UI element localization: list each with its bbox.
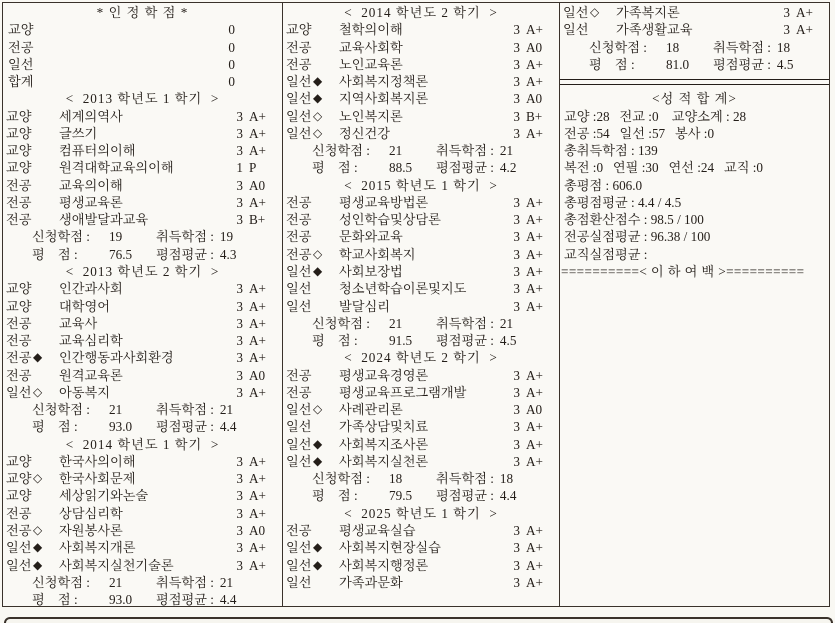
course-name: 평생교육론	[59, 194, 229, 211]
credit-value: 0	[228, 21, 279, 38]
course-marker-icon: ◇	[33, 470, 59, 487]
course-name: 대학영어	[59, 298, 229, 315]
course-credit: 3	[776, 21, 790, 38]
course-credit: 3	[506, 194, 520, 211]
grade-summary-line: 전공실점평균 : 96.38 / 100	[560, 228, 829, 245]
semester-header: < 2014 학년도 2 학기 >	[283, 4, 559, 21]
course-credit: 3	[776, 4, 790, 21]
course-name: 노인교육론	[339, 56, 506, 73]
course-credit: 3	[506, 56, 520, 73]
course-category: 교양	[6, 108, 33, 125]
course-name: 사회복지행정론	[339, 557, 506, 574]
course-category: 일선	[563, 21, 590, 38]
semester-header: < 2013 학년도 2 학기 >	[3, 263, 282, 280]
course-category: 교양	[6, 453, 33, 470]
course-category: 교양	[286, 21, 313, 38]
course-category: 교양	[6, 142, 33, 159]
course-marker-icon: ◇	[313, 246, 339, 263]
course-marker-icon: ◇	[33, 522, 59, 539]
course-row: 일선◆사회복지조사론3A+	[283, 436, 559, 453]
total-value-left: 21	[109, 401, 156, 418]
grade-summary-line: 총평점평균 : 4.4 / 4.5	[560, 194, 829, 211]
course-name: 지역사회복지론	[339, 90, 506, 107]
course-grade: B+	[249, 211, 275, 228]
course-row: 전공원격교육론3A0	[3, 367, 282, 384]
course-category: 일선	[286, 574, 313, 591]
total-label-left: 신청학점 :	[589, 39, 666, 56]
course-credit: 3	[229, 332, 243, 349]
total-label-left: 신청학점 :	[32, 401, 109, 418]
course-grade: A+	[249, 298, 275, 315]
course-row: 전공교육사3A+	[3, 315, 282, 332]
course-row: 일선◆사회복지개론3A+	[3, 539, 282, 556]
course-row: 전공평생교육론3A+	[3, 194, 282, 211]
course-grade: A+	[526, 56, 552, 73]
credit-value: 0	[228, 56, 279, 73]
course-row: 전공평생교육프로그램개발3A+	[283, 384, 559, 401]
course-credit: 3	[506, 539, 520, 556]
course-category: 일선	[286, 108, 313, 125]
course-name: 컴퓨터의이해	[59, 142, 229, 159]
course-grade: A+	[526, 418, 552, 435]
course-grade: A+	[526, 436, 552, 453]
course-credit: 3	[506, 367, 520, 384]
course-row: 전공교육의이해3A0	[3, 177, 282, 194]
course-marker-icon: ◇	[313, 108, 339, 125]
course-marker-icon: ◆	[33, 349, 59, 366]
transcript-column-2: < 2014 학년도 2 학기 >교양철학의이해3A+전공교육사회학3A0전공노…	[283, 3, 560, 606]
course-credit: 3	[506, 453, 520, 470]
total-value-right: 21	[500, 142, 513, 159]
total-label-right: 평점평균 :	[436, 332, 494, 349]
course-row: 전공생애발달과교육3B+	[3, 211, 282, 228]
course-name: 사례관리론	[339, 401, 506, 418]
credit-type-label: 일선	[6, 56, 33, 73]
course-category: 전공	[6, 177, 33, 194]
course-category: 일선	[6, 384, 33, 401]
course-category: 일선	[286, 453, 313, 470]
course-name: 생애발달과교육	[59, 211, 229, 228]
course-row: 일선◇가족복지론3A+	[560, 4, 829, 21]
total-label-right: 취득학점 :	[713, 39, 771, 56]
course-row: 전공교육사회학3A0	[283, 39, 559, 56]
course-credit: 3	[506, 228, 520, 245]
course-name: 철학의이해	[339, 21, 506, 38]
grade-summary-text: 교직실점평균 :	[564, 246, 647, 263]
course-grade: A+	[526, 367, 552, 384]
course-credit: 3	[506, 574, 520, 591]
grade-summary-line: 총평점 : 606.0	[560, 177, 829, 194]
course-row: 교양세상읽기와논술3A+	[3, 487, 282, 504]
transcript-column-1: * 인 정 학 점 *교양0전공0일선0합계0< 2013 학년도 1 학기 >…	[3, 3, 283, 606]
course-grade: A+	[249, 280, 275, 297]
grade-summary-text: 총점환산점수 : 98.5 / 100	[564, 211, 704, 228]
total-value-right: 21	[220, 401, 233, 418]
course-grade: A+	[526, 125, 552, 142]
total-label-right: 취득학점 :	[436, 470, 494, 487]
course-credit: 3	[506, 384, 520, 401]
course-credit: 3	[506, 401, 520, 418]
course-credit: 3	[506, 90, 520, 107]
filler-line: ==========< 이 하 여 백 >==========	[560, 263, 829, 280]
course-row: 교양한국사의이해3A+	[3, 453, 282, 470]
course-category: 일선	[563, 4, 590, 21]
total-value-left: 76.5	[109, 246, 156, 263]
course-category: 교양	[6, 487, 33, 504]
course-grade: A+	[526, 280, 552, 297]
credit-value: 0	[228, 39, 279, 56]
course-credit: 3	[229, 298, 243, 315]
transcript-column-3: 일선◇가족복지론3A+일선가족생활교육3A+신청학점 :18취득학점 :18평 …	[560, 3, 829, 606]
course-grade: A+	[526, 21, 552, 38]
semester-total-row: 평 점 :79.5평점평균 :4.4	[283, 487, 559, 504]
course-credit: 3	[229, 280, 243, 297]
course-grade: A0	[526, 401, 552, 418]
course-name: 교육의이해	[59, 177, 229, 194]
course-category: 전공	[6, 332, 33, 349]
total-value-left: 18	[666, 39, 713, 56]
grade-summary-line: 교직실점평균 :	[560, 246, 829, 263]
semester-total-row: 평 점 :76.5평점평균 :4.3	[3, 246, 282, 263]
course-credit: 3	[506, 39, 520, 56]
course-name: 가족상담및치료	[339, 418, 506, 435]
semester-header-text: < 2014 학년도 2 학기 >	[344, 4, 498, 21]
course-grade: A0	[249, 367, 275, 384]
course-category: 일선	[286, 298, 313, 315]
course-category: 전공	[6, 349, 33, 366]
course-name: 세상읽기와논술	[59, 487, 229, 504]
course-category: 전공	[286, 522, 313, 539]
course-category: 전공	[286, 246, 313, 263]
course-credit: 3	[506, 298, 520, 315]
total-label-right: 평점평균 :	[436, 159, 494, 176]
double-rule-line	[560, 79, 829, 85]
total-value-left: 93.0	[109, 418, 156, 435]
course-grade: A+	[249, 315, 275, 332]
course-name: 문화와교육	[339, 228, 506, 245]
semester-header-text: < 2013 학년도 1 학기 >	[66, 90, 220, 107]
course-row: 일선◆사회복지현장실습3A+	[283, 539, 559, 556]
grade-summary-text: 총평점 : 606.0	[564, 177, 642, 194]
course-credit: 3	[506, 211, 520, 228]
course-name: 사회복지현장실습	[339, 539, 506, 556]
recognized-credit-row: 합계0	[3, 73, 282, 90]
total-label-left: 평 점 :	[312, 332, 389, 349]
course-credit: 3	[506, 522, 520, 539]
course-name: 발달심리	[339, 298, 506, 315]
semester-total-row: 평 점 :91.5평점평균 :4.5	[283, 332, 559, 349]
course-name: 자원봉사론	[59, 522, 229, 539]
course-grade: P	[249, 159, 275, 176]
section-title-text: <성 적 합 계>	[652, 90, 737, 107]
course-credit: 3	[229, 194, 243, 211]
course-name: 평생교육실습	[339, 522, 506, 539]
course-grade: A+	[796, 21, 822, 38]
course-marker-icon: ◆	[33, 557, 59, 574]
course-name: 사회복지실천론	[339, 453, 506, 470]
course-marker-icon: ◇	[590, 4, 616, 21]
course-grade: A0	[526, 90, 552, 107]
course-grade: A+	[526, 557, 552, 574]
course-row: 일선가족과문화3A+	[283, 574, 559, 591]
course-marker-icon: ◆	[313, 453, 339, 470]
course-credit: 3	[229, 557, 243, 574]
recognized-credit-row: 교양0	[3, 21, 282, 38]
semester-header: < 2024 학년도 2 학기 >	[283, 349, 559, 366]
course-name: 한국사회문제	[59, 470, 229, 487]
course-name: 세계의역사	[59, 108, 229, 125]
section-title-text: * 인 정 학 점 *	[97, 4, 189, 21]
total-label-left: 평 점 :	[312, 487, 389, 504]
course-credit: 3	[506, 21, 520, 38]
course-row: 일선발달심리3A+	[283, 298, 559, 315]
course-category: 일선	[6, 539, 33, 556]
total-label-left: 신청학점 :	[312, 315, 389, 332]
course-category: 일선	[286, 557, 313, 574]
total-value-left: 91.5	[389, 332, 436, 349]
course-credit: 3	[229, 367, 243, 384]
total-label-left: 신청학점 :	[32, 228, 109, 245]
course-grade: A+	[249, 539, 275, 556]
course-credit: 3	[506, 436, 520, 453]
course-name: 사회보장법	[339, 263, 506, 280]
course-row: 전공성인학습및상담론3A+	[283, 211, 559, 228]
course-grade: A+	[526, 539, 552, 556]
course-row: 전공문화와교육3A+	[283, 228, 559, 245]
semester-total-row: 신청학점 :19취득학점 :19	[3, 228, 282, 245]
course-name: 가족생활교육	[616, 21, 776, 38]
course-row: 일선가족생활교육3A+	[560, 21, 829, 38]
course-category: 교양	[6, 280, 33, 297]
semester-header-text: < 2024 학년도 2 학기 >	[344, 349, 498, 366]
semester-total-row: 신청학점 :21취득학점 :21	[3, 401, 282, 418]
course-category: 일선	[286, 73, 313, 90]
course-credit: 3	[229, 125, 243, 142]
course-name: 원격대학교육의이해	[59, 159, 229, 176]
course-row: 교양인간과사회3A+	[3, 280, 282, 297]
course-category: 교양	[6, 159, 33, 176]
course-marker-icon: ◆	[313, 436, 339, 453]
course-row: 전공노인교육론3A+	[283, 56, 559, 73]
course-name: 한국사의이해	[59, 453, 229, 470]
grade-summary-text: 복전 :0 연필 :30 연선 :24 교직 :0	[564, 159, 763, 176]
total-value-right: 4.4	[220, 591, 236, 606]
semester-total-row: 신청학점 :21취득학점 :21	[283, 142, 559, 159]
course-marker-icon: ◆	[313, 73, 339, 90]
course-grade: A+	[249, 332, 275, 349]
grade-summary-line: 총취득학점 : 139	[560, 142, 829, 159]
semester-total-row: 평 점 :93.0평점평균 :4.4	[3, 418, 282, 435]
course-category: 전공	[286, 211, 313, 228]
course-row: 교양대학영어3A+	[3, 298, 282, 315]
semester-header: < 2015 학년도 1 학기 >	[283, 177, 559, 194]
course-category: 교양	[6, 125, 33, 142]
course-name: 평생교육경영론	[339, 367, 506, 384]
course-category: 일선	[286, 263, 313, 280]
total-value-left: 93.0	[109, 591, 156, 606]
course-row: 일선청소년학습이론및지도3A+	[283, 280, 559, 297]
total-value-left: 18	[389, 470, 436, 487]
course-row: 교양철학의이해3A+	[283, 21, 559, 38]
course-credit: 3	[229, 487, 243, 504]
semester-total-row: 평 점 :88.5평점평균 :4.2	[283, 159, 559, 176]
course-grade: A+	[249, 453, 275, 470]
course-name: 사회복지정책론	[339, 73, 506, 90]
total-label-left: 평 점 :	[32, 246, 109, 263]
course-row: 일선◆사회보장법3A+	[283, 263, 559, 280]
total-value-right: 4.5	[500, 332, 516, 349]
total-value-right: 21	[500, 315, 513, 332]
credit-type-label: 합계	[6, 73, 33, 90]
course-grade: A+	[249, 487, 275, 504]
semester-header-text: < 2014 학년도 1 학기 >	[66, 436, 220, 453]
total-label-right: 평점평균 :	[436, 487, 494, 504]
course-marker-icon: ◆	[33, 539, 59, 556]
grade-summary-text: 총취득학점 : 139	[564, 142, 658, 159]
total-label-left: 평 점 :	[589, 56, 666, 73]
course-grade: B+	[526, 108, 552, 125]
grade-summary-text: 교양 :28 전교 :0 교양소계 : 28	[564, 108, 746, 125]
total-value-right: 21	[220, 574, 233, 591]
course-category: 전공	[6, 522, 33, 539]
grade-summary-text: 전공 :54 일선 :57 봉사 :0	[564, 125, 714, 142]
course-category: 일선	[286, 539, 313, 556]
course-category: 교양	[6, 470, 33, 487]
course-category: 전공	[286, 56, 313, 73]
course-name: 가족복지론	[616, 4, 776, 21]
course-name: 인간행동과사회환경	[59, 349, 229, 366]
semester-total-row: 평 점 :81.0평점평균 :4.5	[560, 56, 829, 73]
course-row: 전공◆인간행동과사회환경3A+	[3, 349, 282, 366]
course-row: 일선◆사회복지실천론3A+	[283, 453, 559, 470]
next-section-box-edge	[4, 617, 833, 623]
total-label-left: 평 점 :	[312, 159, 389, 176]
course-row: 교양컴퓨터의이해3A+	[3, 142, 282, 159]
course-credit: 3	[229, 211, 243, 228]
course-category: 일선	[286, 401, 313, 418]
course-category: 일선	[286, 436, 313, 453]
course-grade: A+	[249, 194, 275, 211]
course-grade: A0	[249, 177, 275, 194]
semester-total-row: 신청학점 :18취득학점 :18	[283, 470, 559, 487]
course-row: 전공교육심리학3A+	[3, 332, 282, 349]
course-credit: 3	[229, 384, 243, 401]
section-title: <성 적 합 계>	[560, 90, 829, 107]
credit-value: 0	[228, 73, 279, 90]
course-row: 전공평생교육경영론3A+	[283, 367, 559, 384]
recognized-credit-row: 전공0	[3, 39, 282, 56]
recognized-credit-row: 일선0	[3, 56, 282, 73]
course-category: 전공	[286, 194, 313, 211]
course-credit: 3	[506, 263, 520, 280]
grade-summary-text: 총평점평균 : 4.4 / 4.5	[564, 194, 681, 211]
course-name: 사회복지조사론	[339, 436, 506, 453]
total-value-right: 4.4	[500, 487, 516, 504]
course-grade: A0	[526, 39, 552, 56]
course-category: 전공	[286, 39, 313, 56]
course-grade: A+	[526, 574, 552, 591]
course-category: 일선	[286, 90, 313, 107]
semester-header-text: < 2013 학년도 2 학기 >	[66, 263, 220, 280]
course-row: 일선◆사회복지행정론3A+	[283, 557, 559, 574]
course-name: 평생교육프로그램개발	[339, 384, 506, 401]
course-grade: A+	[249, 384, 275, 401]
course-grade: A+	[526, 73, 552, 90]
course-category: 전공	[6, 194, 33, 211]
credit-type-label: 교양	[6, 21, 33, 38]
course-row: 일선가족상담및치료3A+	[283, 418, 559, 435]
course-name: 아동복지	[59, 384, 229, 401]
semester-header-text: < 2015 학년도 1 학기 >	[344, 177, 498, 194]
course-grade: A+	[249, 142, 275, 159]
transcript-page: { "colors": { "paper": "#f9f8f3", "ink":…	[0, 0, 835, 623]
course-name: 사회복지개론	[59, 539, 229, 556]
grade-table: * 인 정 학 점 *교양0전공0일선0합계0< 2013 학년도 1 학기 >…	[2, 2, 830, 607]
total-value-right: 4.2	[500, 159, 516, 176]
total-label-right: 평점평균 :	[156, 418, 214, 435]
course-credit: 3	[229, 142, 243, 159]
course-name: 정신건강	[339, 125, 506, 142]
total-value-left: 21	[389, 315, 436, 332]
course-row: 일선◆사회복지정책론3A+	[283, 73, 559, 90]
course-marker-icon: ◇	[313, 401, 339, 418]
course-category: 전공	[6, 505, 33, 522]
course-credit: 3	[506, 246, 520, 263]
course-name: 교육심리학	[59, 332, 229, 349]
total-value-left: 81.0	[666, 56, 713, 73]
course-name: 노인복지론	[339, 108, 506, 125]
separator-row	[560, 73, 829, 90]
course-credit: 3	[229, 470, 243, 487]
total-label-left: 평 점 :	[32, 591, 109, 606]
total-value-right: 18	[500, 470, 513, 487]
course-name: 청소년학습이론및지도	[339, 280, 506, 297]
total-label-right: 취득학점 :	[156, 228, 214, 245]
total-value-left: 79.5	[389, 487, 436, 504]
course-grade: A+	[526, 194, 552, 211]
course-credit: 3	[229, 505, 243, 522]
grade-summary-line: 교양 :28 전교 :0 교양소계 : 28	[560, 108, 829, 125]
course-grade: A+	[526, 246, 552, 263]
course-category: 전공	[286, 367, 313, 384]
course-marker-icon: ◆	[313, 539, 339, 556]
semester-header: < 2025 학년도 1 학기 >	[283, 505, 559, 522]
course-row: 교양◇한국사회문제3A+	[3, 470, 282, 487]
course-grade: A+	[526, 453, 552, 470]
total-value-right: 19	[220, 228, 233, 245]
total-label-right: 취득학점 :	[436, 315, 494, 332]
total-label-right: 평점평균 :	[713, 56, 771, 73]
total-value-right: 4.4	[220, 418, 236, 435]
course-credit: 3	[229, 177, 243, 194]
course-name: 사회복지실천기술론	[59, 557, 229, 574]
course-credit: 1	[229, 159, 243, 176]
course-category: 교양	[6, 298, 33, 315]
course-grade: A+	[526, 298, 552, 315]
total-value-right: 18	[777, 39, 790, 56]
semester-total-row: 신청학점 :21취득학점 :21	[283, 315, 559, 332]
course-grade: A+	[249, 108, 275, 125]
course-name: 가족과문화	[339, 574, 506, 591]
course-name: 성인학습및상담론	[339, 211, 506, 228]
total-value-left: 19	[109, 228, 156, 245]
grade-summary-line: 전공 :54 일선 :57 봉사 :0	[560, 125, 829, 142]
course-name: 평생교육방법론	[339, 194, 506, 211]
total-label-right: 평점평균 :	[156, 591, 214, 606]
course-credit: 3	[506, 108, 520, 125]
course-credit: 3	[229, 453, 243, 470]
course-category: 전공	[6, 367, 33, 384]
